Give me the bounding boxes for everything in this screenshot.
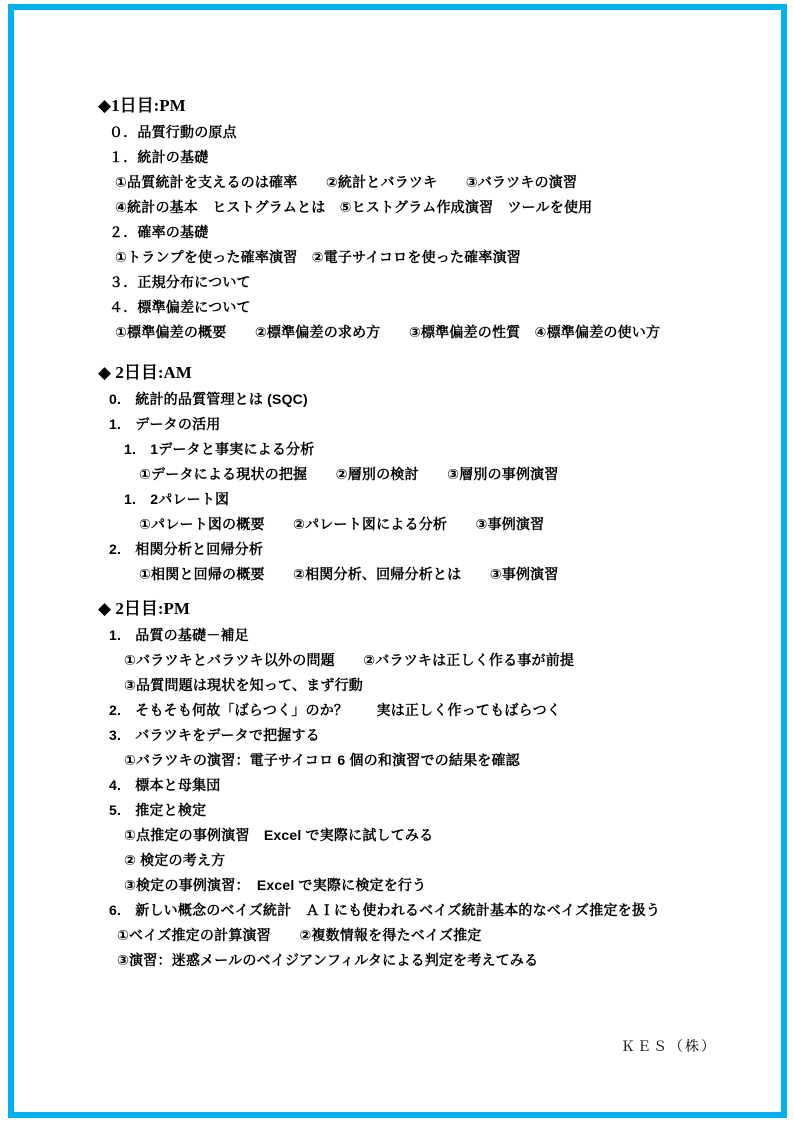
agenda-line: ①ベイズ推定の計算演習 ②複数情報を得たベイズ推定 xyxy=(98,923,758,948)
agenda-line: 1. 品質の基礎－補足 xyxy=(98,623,758,648)
agenda-line: ①パレート図の概要 ②パレート図による分析 ③事例演習 xyxy=(98,512,758,537)
agenda-line: ①バラツキとバラツキ以外の問題 ②バラツキは正しく作る事が前提 xyxy=(98,648,758,673)
agenda-line: 1. 2パレート図 xyxy=(98,487,758,512)
agenda-line: ０．品質行動の原点 xyxy=(98,120,758,145)
section-day2-am: ◆ 2日目:AM 0. 統計的品質管理とは (SQC) 1. データの活用 1.… xyxy=(98,359,758,587)
agenda-line: ２．確率の基礎 xyxy=(98,220,758,245)
agenda-line: ①品質統計を支えるのは確率 ②統計とバラツキ ③バラツキの演習 xyxy=(98,170,758,195)
agenda-line: 1. データの活用 xyxy=(98,412,758,437)
section-heading-day1-pm: ◆1日目:PM xyxy=(98,92,758,120)
agenda-line: ③品質問題は現状を知って、まず行動 xyxy=(98,673,758,698)
agenda-content: ◆1日目:PM ０．品質行動の原点 １．統計の基礎 ①品質統計を支えるのは確率 … xyxy=(98,92,758,973)
agenda-line: 4. 標本と母集団 xyxy=(98,773,758,798)
agenda-line: ①トランプを使った確率演習 ②電子サイコロを使った確率演習 xyxy=(98,245,758,270)
section-heading-day2-pm: ◆ 2日目:PM xyxy=(98,595,758,623)
agenda-line: ３．正規分布について xyxy=(98,270,758,295)
section-day2-pm: ◆ 2日目:PM 1. 品質の基礎－補足 ①バラツキとバラツキ以外の問題 ②バラ… xyxy=(98,595,758,973)
document-page: ◆1日目:PM ０．品質行動の原点 １．統計の基礎 ①品質統計を支えるのは確率 … xyxy=(0,0,794,1123)
agenda-line: ② 検定の考え方 xyxy=(98,848,758,873)
agenda-line: ①標準偏差の概要 ②標準偏差の求め方 ③標準偏差の性質 ④標準偏差の使い方 xyxy=(98,320,758,345)
company-name: ＫＥＳ（株） xyxy=(621,1036,717,1056)
agenda-line: ①バラツキの演習：電子サイコロ 6 個の和演習での結果を確認 xyxy=(98,748,758,773)
agenda-line: ４．標準偏差について xyxy=(98,295,758,320)
agenda-line: 0. 統計的品質管理とは (SQC) xyxy=(98,387,758,412)
agenda-line: 5. 推定と検定 xyxy=(98,798,758,823)
agenda-line: 3. バラツキをデータで把握する xyxy=(98,723,758,748)
agenda-line: ①相関と回帰の概要 ②相関分析、回帰分析とは ③事例演習 xyxy=(98,562,758,587)
agenda-line: ①点推定の事例演習 Excel で実際に試してみる xyxy=(98,823,758,848)
section-day1-pm: ◆1日目:PM ０．品質行動の原点 １．統計の基礎 ①品質統計を支えるのは確率 … xyxy=(98,92,758,345)
agenda-line: １．統計の基礎 xyxy=(98,145,758,170)
agenda-line: ③演習：迷惑メールのベイジアンフィルタによる判定を考えてみる xyxy=(98,948,758,973)
agenda-line: 6. 新しい概念のベイズ統計 ＡＩにも使われるベイズ統計基本的なベイズ推定を扱う xyxy=(98,898,758,923)
section-heading-day2-am: ◆ 2日目:AM xyxy=(98,359,758,387)
agenda-line: 1. 1データと事実による分析 xyxy=(98,437,758,462)
agenda-line: ①データによる現状の把握 ②層別の検討 ③層別の事例演習 xyxy=(98,462,758,487)
agenda-line: 2. そもそも何故「ばらつく」のか？ 実は正しく作ってもばらつく xyxy=(98,698,758,723)
agenda-line: 2. 相関分析と回帰分析 xyxy=(98,537,758,562)
agenda-line: ③検定の事例演習： Excel で実際に検定を行う xyxy=(98,873,758,898)
agenda-line: ④統計の基本 ヒストグラムとは ⑤ヒストグラム作成演習 ツールを使用 xyxy=(98,195,758,220)
